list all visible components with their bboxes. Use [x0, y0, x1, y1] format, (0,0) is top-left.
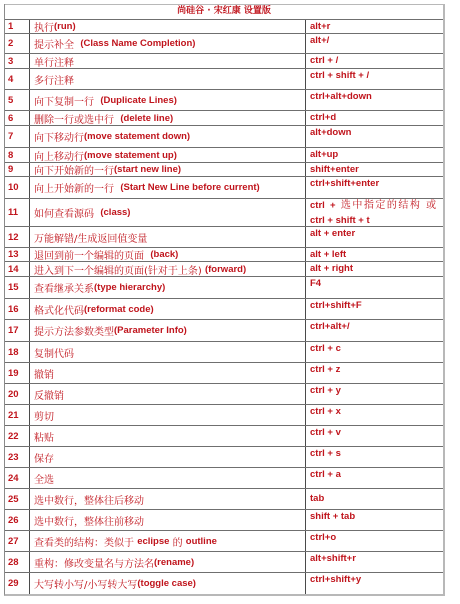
row-number: 6: [5, 111, 30, 125]
description-chinese: 复制代码: [34, 345, 74, 360]
table-row: 17提示方法参数类型(Parameter Info)ctrl+alt+/: [5, 320, 443, 342]
description-chinese: 向上开始新的一行: [34, 180, 120, 195]
row-description: 删除一行或选中行 (delete line): [30, 111, 306, 125]
row-description: 向下移动行(move statement down): [30, 126, 306, 147]
description-chinese: 提示方法参数类型: [34, 323, 114, 338]
shortcut-keys: ctrl + c: [310, 343, 341, 354]
description-english: eclipse: [137, 536, 169, 547]
shortcut-keys: ctrl +: [310, 200, 341, 211]
shortcut-keys: ctrl + s: [310, 448, 341, 459]
row-description: 保存: [30, 447, 306, 467]
row-number: 4: [5, 69, 30, 89]
row-number: 25: [5, 489, 30, 509]
row-description: 向上移动行(move statement up): [30, 148, 306, 162]
description-english: (start new line): [114, 164, 181, 175]
row-description: 单行注释: [30, 54, 306, 68]
row-description: 格式化代码(reformat code): [30, 299, 306, 319]
description-chinese: 退回到前一个编辑的页面: [34, 248, 150, 261]
row-description: 剪切: [30, 405, 306, 425]
row-shortcut: alt+down: [306, 126, 443, 147]
row-shortcut: alt + right: [306, 262, 443, 276]
row-shortcut: alt+/: [306, 34, 443, 53]
description-chinese: 提示补全: [34, 36, 80, 51]
row-number: 2: [5, 34, 30, 53]
row-shortcut: alt+shift+r: [306, 552, 443, 572]
row-number: 21: [5, 405, 30, 425]
description-english: (type hierarchy): [94, 282, 165, 293]
row-number: 17: [5, 320, 30, 341]
shortcut-keys: alt + left: [310, 249, 346, 261]
row-description: 复制代码: [30, 342, 306, 362]
shortcut-keys: ctrl+d: [310, 112, 336, 124]
shortcut-keys: ctrl + z: [310, 364, 340, 375]
shortcut-keys: ctrl + a: [310, 469, 341, 480]
row-shortcut: ctrl + s: [306, 447, 443, 467]
description-chinese: 撤销: [34, 366, 54, 381]
description-chinese: 如何查看源码: [34, 205, 100, 220]
row-description: 大写转小写/小写转大写(toggle case): [30, 573, 306, 594]
shortcut-keys: alt+/: [310, 35, 329, 46]
row-number: 22: [5, 426, 30, 446]
description-chinese: 保存: [34, 450, 54, 465]
description-chinese: 查看继承关系: [34, 280, 94, 295]
shortcut-keys: ctrl+o: [310, 532, 336, 543]
shortcut-keys: ctrl + v: [310, 427, 341, 438]
table-row: 14进入到下一个编辑的页面(针对于上条) (forward)alt + righ…: [5, 262, 443, 277]
shortcut-keys: ctrl+alt+down: [310, 91, 372, 102]
description-chinese: 向上移动行: [34, 148, 84, 162]
description-chinese: 进入到下一个编辑的页面(针对于上条): [34, 262, 205, 276]
row-shortcut: ctrl + a: [306, 468, 443, 488]
row-description: 提示补全 (Class Name Completion): [30, 34, 306, 53]
row-shortcut: ctrl + x: [306, 405, 443, 425]
row-number: 8: [5, 148, 30, 162]
description-chinese: 向下复制一行: [34, 93, 100, 108]
row-description: 万能解错/生成返回值变量: [30, 227, 306, 247]
row-description: 查看继承关系(type hierarchy): [30, 277, 306, 298]
description-english: (Start New Line before current): [120, 182, 259, 193]
shortcut-keys: alt + right: [310, 263, 353, 275]
row-description: 提示方法参数类型(Parameter Info): [30, 320, 306, 341]
row-description: 如何查看源码 (class): [30, 199, 306, 226]
shortcut-keys: alt + enter: [310, 228, 355, 239]
row-description: 退回到前一个编辑的页面 (back): [30, 248, 306, 261]
shortcut-keys: ctrl+alt+/: [310, 321, 350, 332]
table-row: 12万能解错/生成返回值变量alt + enter: [5, 227, 443, 248]
table-row: 19撤销ctrl + z: [5, 363, 443, 384]
row-description: 多行注释: [30, 69, 306, 89]
row-description: 撤销: [30, 363, 306, 383]
row-shortcut: alt + left: [306, 248, 443, 261]
row-shortcut: ctrl + shift + /: [306, 69, 443, 89]
row-shortcut: ctrl + y: [306, 384, 443, 404]
row-description: 向上开始新的一行 (Start New Line before current): [30, 177, 306, 198]
table-row: 25选中数行，整体往后移动tab: [5, 489, 443, 510]
shortcut-keys: tab: [310, 493, 324, 505]
table-row: 16格式化代码(reformat code)ctrl+shift+F: [5, 299, 443, 320]
table-title: 尚硅谷 · 宋红康 设置版: [5, 4, 443, 20]
row-number: 12: [5, 227, 30, 247]
row-shortcut: alt+r: [306, 20, 443, 33]
table-row: 18复制代码ctrl + c: [5, 342, 443, 363]
description-english: (run): [54, 21, 76, 32]
shortcut-keys: alt+up: [310, 149, 338, 161]
description-chinese: 大写转小写/小写转大写: [34, 576, 137, 591]
shortcut-table: 尚硅谷 · 宋红康 设置版 1执行(run)alt+r2提示补全 (Class …: [4, 4, 445, 596]
shortcut-keys: alt+shift+r: [310, 553, 356, 564]
shortcut-note: 选中指定的结构 或: [341, 200, 438, 211]
row-number: 5: [5, 90, 30, 110]
row-number: 20: [5, 384, 30, 404]
shortcut-keys: alt+down: [310, 127, 351, 138]
row-description: 选中数行，整体往前移动: [30, 510, 306, 530]
row-number: 14: [5, 262, 30, 276]
table-row: 2提示补全 (Class Name Completion)alt+/: [5, 34, 443, 54]
row-number: 11: [5, 199, 30, 226]
row-number: 10: [5, 177, 30, 198]
table-row: 9向下开始新的一行(start new line)shift+enter: [5, 163, 443, 177]
table-row: 13退回到前一个编辑的页面 (back)alt + left: [5, 248, 443, 262]
row-number: 15: [5, 277, 30, 298]
row-number: 16: [5, 299, 30, 319]
table-row: 24全选ctrl + a: [5, 468, 443, 489]
description-english: (toggle case): [137, 578, 196, 589]
shortcut-keys: ctrl + /: [310, 55, 338, 67]
table-row: 10向上开始新的一行 (Start New Line before curren…: [5, 177, 443, 199]
shortcut-keys: shift+enter: [310, 164, 359, 176]
table-row: 3单行注释ctrl + /: [5, 54, 443, 69]
description-english: (class): [100, 207, 130, 218]
table-body: 1执行(run)alt+r2提示补全 (Class Name Completio…: [5, 20, 443, 594]
row-shortcut: ctrl+d: [306, 111, 443, 125]
row-shortcut: ctrl+shift+y: [306, 573, 443, 594]
row-shortcut: ctrl+shift+enter: [306, 177, 443, 198]
row-shortcut: ctrl + v: [306, 426, 443, 446]
shortcut-keys: ctrl + x: [310, 406, 341, 417]
row-description: 向下复制一行 (Duplicate Lines): [30, 90, 306, 110]
description-english: outline: [186, 536, 217, 547]
description-chinese: 重构：修改变量名与方法名: [34, 555, 154, 570]
description-chinese: 格式化代码: [34, 302, 84, 317]
row-description: 全选: [30, 468, 306, 488]
row-number: 29: [5, 573, 30, 594]
shortcut-keys: ctrl + shift + /: [310, 70, 369, 81]
row-number: 18: [5, 342, 30, 362]
description-chinese: 的: [169, 534, 185, 549]
row-shortcut: shift + tab: [306, 510, 443, 530]
description-chinese: 选中数行，整体往前移动: [34, 513, 144, 528]
row-number: 7: [5, 126, 30, 147]
description-english: (Class Name Completion): [80, 38, 195, 49]
row-description: 查看类的结构：类似于 eclipse 的 outline: [30, 531, 306, 551]
table-row: 6删除一行或选中行 (delete line)ctrl+d: [5, 111, 443, 126]
row-shortcut: tab: [306, 489, 443, 509]
row-shortcut: ctrl+alt+down: [306, 90, 443, 110]
shortcut-keys: ctrl+shift+enter: [310, 178, 379, 189]
table-row: 26选中数行，整体往前移动shift + tab: [5, 510, 443, 531]
description-chinese: 单行注释: [34, 54, 74, 68]
row-number: 27: [5, 531, 30, 551]
row-number: 19: [5, 363, 30, 383]
row-shortcut: alt + enter: [306, 227, 443, 247]
description-chinese: 反撤销: [34, 387, 64, 402]
row-number: 23: [5, 447, 30, 467]
table-row: 15查看继承关系(type hierarchy)F4: [5, 277, 443, 299]
row-description: 向下开始新的一行(start new line): [30, 163, 306, 176]
row-shortcut: alt+up: [306, 148, 443, 162]
description-chinese: 万能解错/生成返回值变量: [34, 230, 147, 245]
row-shortcut: ctrl + c: [306, 342, 443, 362]
row-number: 13: [5, 248, 30, 261]
row-number: 24: [5, 468, 30, 488]
row-shortcut: F4: [306, 277, 443, 298]
table-row: 4多行注释ctrl + shift + /: [5, 69, 443, 90]
description-english: (move statement up): [84, 150, 177, 161]
row-description: 重构：修改变量名与方法名(rename): [30, 552, 306, 572]
description-chinese: 全选: [34, 471, 54, 486]
table-row: 11如何查看源码 (class)ctrl + 选中指定的结构 或ctrl + s…: [5, 199, 443, 227]
row-description: 执行(run): [30, 20, 306, 33]
shortcut-keys: ctrl+shift+F: [310, 300, 362, 311]
row-shortcut: ctrl+alt+/: [306, 320, 443, 341]
description-english: (delete line): [120, 113, 173, 124]
description-chinese: 剪切: [34, 408, 54, 423]
row-number: 9: [5, 163, 30, 176]
description-english: (reformat code): [84, 304, 154, 315]
description-chinese: 多行注释: [34, 72, 74, 87]
shortcut-keys: ctrl+shift+y: [310, 574, 361, 585]
table-row: 29大写转小写/小写转大写(toggle case)ctrl+shift+y: [5, 573, 443, 594]
row-shortcut: ctrl + /: [306, 54, 443, 68]
row-shortcut: ctrl+shift+F: [306, 299, 443, 319]
description-chinese: 执行: [34, 20, 54, 33]
shortcut-keys: F4: [310, 278, 321, 289]
description-english: (rename): [154, 557, 194, 568]
description-english: (forward): [205, 264, 246, 275]
table-row: 8向上移动行(move statement up)alt+up: [5, 148, 443, 163]
table-row: 1执行(run)alt+r: [5, 20, 443, 34]
description-chinese: 查看类的结构：类似于: [34, 534, 137, 549]
description-chinese: 向下开始新的一行: [34, 163, 114, 176]
description-english: (Duplicate Lines): [100, 95, 177, 106]
table-row: 5向下复制一行 (Duplicate Lines)ctrl+alt+down: [5, 90, 443, 111]
row-shortcut: shift+enter: [306, 163, 443, 176]
table-row: 23保存ctrl + s: [5, 447, 443, 468]
table-row: 20反撤销ctrl + y: [5, 384, 443, 405]
row-description: 进入到下一个编辑的页面(针对于上条) (forward): [30, 262, 306, 276]
table-row: 21剪切ctrl + x: [5, 405, 443, 426]
shortcut-keys-alt: ctrl + shift + t: [310, 215, 443, 226]
row-shortcut: ctrl + 选中指定的结构 或ctrl + shift + t: [306, 199, 443, 226]
table-row: 7向下移动行(move statement down)alt+down: [5, 126, 443, 148]
row-description: 选中数行，整体往后移动: [30, 489, 306, 509]
row-number: 1: [5, 20, 30, 33]
description-english: (move statement down): [84, 131, 190, 142]
row-number: 26: [5, 510, 30, 530]
shortcut-keys: shift + tab: [310, 511, 355, 522]
description-english: (Parameter Info): [114, 325, 187, 336]
shortcut-keys: alt+r: [310, 21, 330, 33]
table-row: 22粘贴ctrl + v: [5, 426, 443, 447]
description-chinese: 向下移动行: [34, 129, 84, 144]
row-shortcut: ctrl + z: [306, 363, 443, 383]
shortcut-keys: ctrl + y: [310, 385, 341, 396]
row-number: 3: [5, 54, 30, 68]
row-description: 粘贴: [30, 426, 306, 446]
description-english: (back): [150, 249, 178, 260]
description-chinese: 选中数行，整体往后移动: [34, 492, 144, 507]
row-description: 反撤销: [30, 384, 306, 404]
description-chinese: 删除一行或选中行: [34, 111, 120, 125]
table-row: 28重构：修改变量名与方法名(rename)alt+shift+r: [5, 552, 443, 573]
table-row: 27查看类的结构：类似于 eclipse 的 outlinectrl+o: [5, 531, 443, 552]
description-chinese: 粘贴: [34, 429, 54, 444]
row-number: 28: [5, 552, 30, 572]
row-shortcut: ctrl+o: [306, 531, 443, 551]
